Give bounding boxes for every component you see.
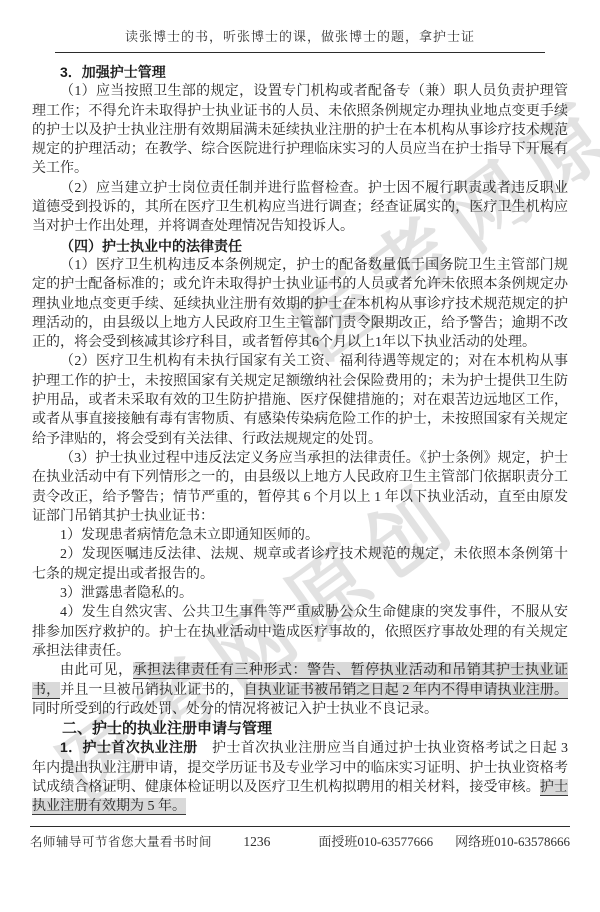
footer-rule [30, 826, 570, 827]
footer-tagline: 名师辅导可节省您大量看书时间 [30, 832, 243, 850]
paragraph-regulation-2: （2）应当建立护士岗位责任制并进行监督检查。护士因不履行职责或者违反职业道德受到… [32, 179, 568, 237]
conclusion-highlight-two-years: 自执业证书被吊销之日起 2 年内不得申请执业注册。 [244, 682, 568, 699]
list-item-4: 4）发生自然灾害、公共卫生事件等严重威胁公众生命健康的突发事件，不服从安排参加医… [32, 603, 568, 661]
section-heading-legal-liability: （四）护士执业中的法律责任 [32, 237, 568, 256]
paragraph-liability-1: （1）医疗卫生机构违反本条例规定，护士的配备数量低于国务院卫生主管部门规定的护士… [32, 256, 568, 352]
header-slogan: 读张博士的书，听张博士的课，做张博士的题，拿护士证 [0, 26, 600, 45]
paragraph-conclusion: 由此可见，承担法律责任有三种形式：警告、暂停执业活动和吊销其护士执业证书，并且一… [32, 661, 568, 719]
header-rule [55, 52, 545, 53]
list-item-1: 1）发现患者病情危急未立即通知医师的。 [32, 526, 568, 545]
paragraph-first-registration: 1．护士首次执业注册 护士首次执业注册应当自通过护士执业资格考试之日起 3 年内… [32, 738, 568, 816]
paragraph-regulation-1: （1）应当按照卫生部的规定，设置专门机构或者配备专（兼）职人员负责护理管理工作；… [32, 82, 568, 178]
conclusion-lead: 由此可见， [60, 663, 133, 678]
page-body: 3．加强护士管理 （1）应当按照卫生部的规定，设置专门机构或者配备专（兼）职人员… [32, 63, 568, 817]
paragraph-liability-2: （2）医疗卫生机构有未执行国家有关工资、福利待遇等规定的；对在本机构从事护理工作… [32, 352, 568, 448]
list-item-2: 2）发现医嘱违反法律、法规、规章或者诊疗技术规范的规定，未依照本条例第十七条的规… [32, 545, 568, 584]
footer-phone-online: 网络班010-63578666 [455, 831, 570, 850]
document-page: 医考网原创 医考网原创 读张博士的书，听张博士的课，做张博士的题，拿护士证 3．… [0, 0, 600, 912]
footer: 名师辅导可节省您大量看书时间 1236 面授班010-63577666 网络班0… [30, 831, 570, 850]
page-number: 1236 [243, 834, 270, 850]
list-item-3: 3）泄露患者隐私的。 [32, 584, 568, 603]
first-registration-runin-heading: 1．护士首次执业注册 [60, 739, 198, 755]
footer-phone-classroom: 面授班010-63577666 [318, 831, 433, 850]
paragraph-liability-3: （3）护士执业过程中违反法定义务应当承担的法律责任。《护士条例》规定，护士在执业… [32, 449, 568, 526]
conclusion-tail: 同时所受到的行政处罚、处分的情况将被记入护士执业不良记录。 [32, 702, 438, 717]
section-heading-strengthen-management: 3．加强护士管理 [32, 63, 568, 82]
section-heading-registration: 二、护士的执业注册申请与管理 [32, 719, 568, 738]
conclusion-mid: 并且一旦被吊销执业证书的， [60, 683, 243, 698]
